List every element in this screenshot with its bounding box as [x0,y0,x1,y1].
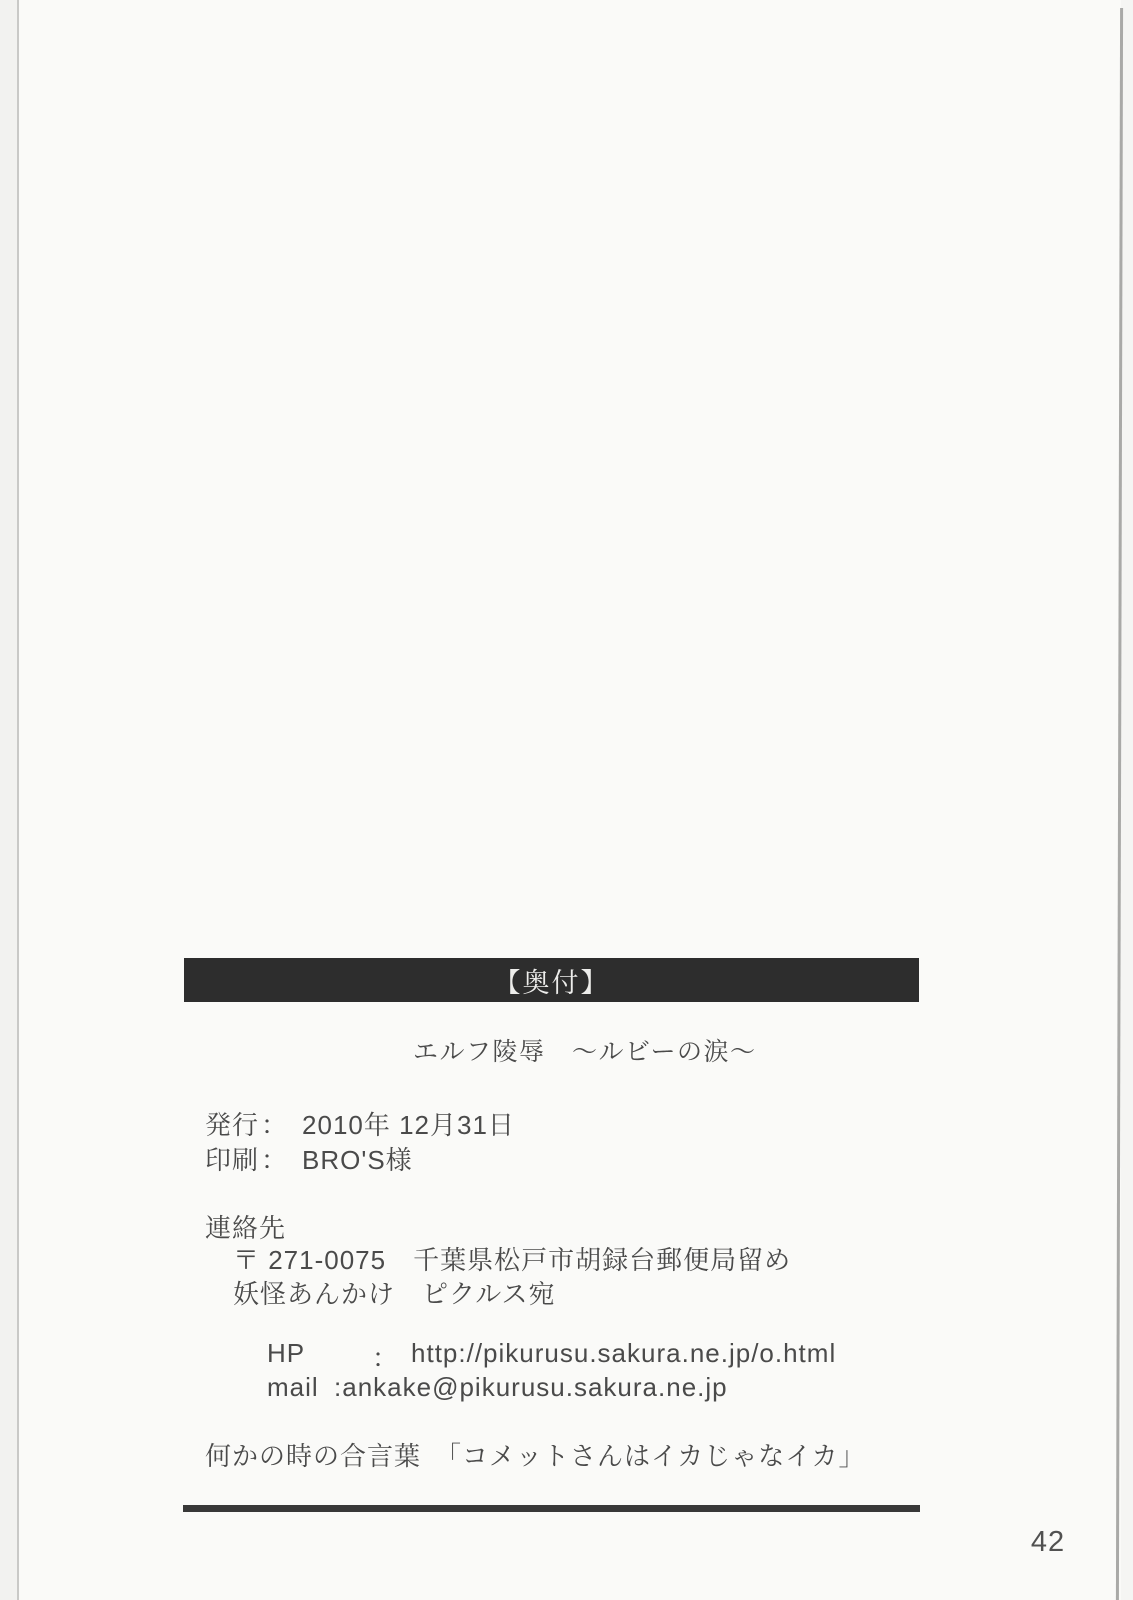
colophon-header-label: 【奥付】 [494,961,610,1000]
book-title: エルフ陵辱 ～ルビーの涙～ [413,1032,757,1068]
scan-right-margin [1121,0,1133,1600]
print-separator: ： [261,1140,288,1177]
publish-date: 2010年 12月31日 [302,1105,515,1142]
print-label: 印刷 [205,1140,259,1177]
postal-address-line: 〒 271-0075 千葉県松戸市胡録台郵便局留め [233,1240,791,1277]
homepage-separator: ： [372,1338,399,1375]
printer-name: BRO'S様 [302,1140,413,1177]
mail-line: mail : ankake@pikurusu.sakura.ne.jp [267,1372,728,1403]
homepage-line: HP ： http://pikurusu.sakura.ne.jp/o.html [267,1338,836,1375]
page-left-edge [17,0,19,1600]
publish-line: 発行 ： 2010年 12月31日 [205,1105,515,1142]
password-note-line: 何かの時の合言葉 「コメットさんはイカじゃなイカ」 [205,1436,865,1473]
colophon-header-bar: 【奥付】 [184,958,919,1002]
mail-separator: : [334,1372,342,1403]
page-number: 42 [1018,1526,1078,1559]
recipient-line: 妖怪あんかけ ピクルス宛 [233,1274,555,1311]
homepage-label: HP [267,1338,372,1375]
scan-left-margin [0,0,17,1600]
footer-rule [183,1505,920,1512]
homepage-url: http://pikurusu.sakura.ne.jp/o.html [411,1338,836,1375]
mail-label: mail [267,1372,334,1403]
print-line: 印刷 ： BRO'S様 [205,1140,413,1177]
publish-separator: ： [261,1105,288,1142]
publish-label: 発行 [205,1105,259,1142]
mail-address: ankake@pikurusu.sakura.ne.jp [342,1372,727,1403]
